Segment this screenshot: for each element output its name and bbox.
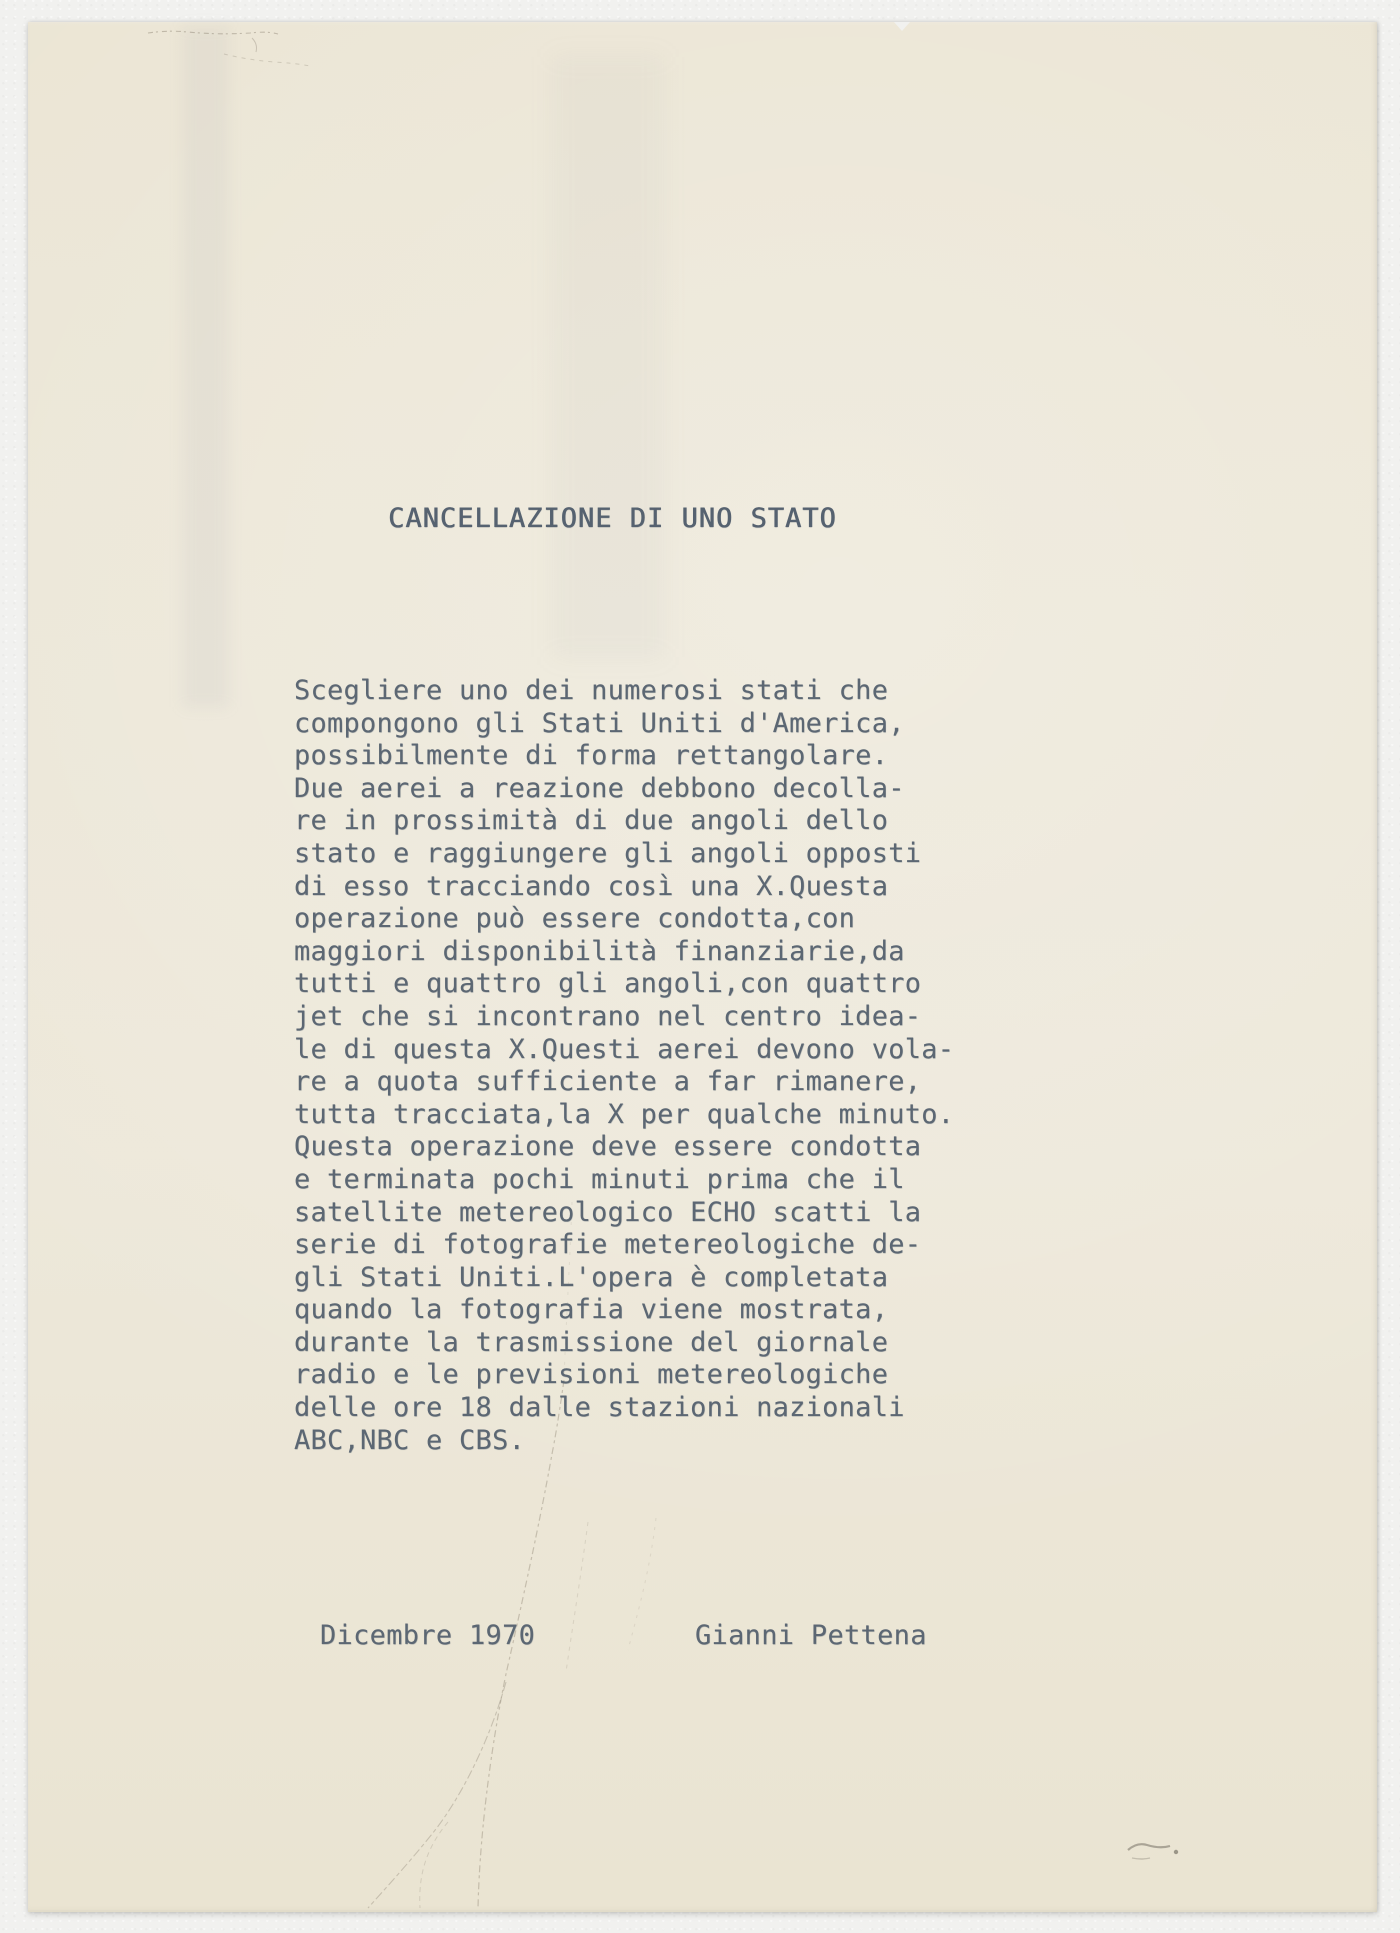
crease-line — [368, 1682, 506, 1908]
document-author: Gianni Pettena — [695, 1620, 927, 1653]
crease-line — [420, 1822, 448, 1908]
scan-background: CANCELLAZIONE DI UNO STATO Scegliere uno… — [0, 0, 1400, 1933]
paper-edge-notch — [894, 22, 910, 31]
crease-line — [628, 1518, 656, 1650]
smudge-mark — [1128, 1844, 1170, 1850]
scanner-tone-band — [183, 27, 228, 707]
smudge-dot — [1174, 1850, 1178, 1854]
document-title: CANCELLAZIONE DI UNO STATO — [388, 503, 837, 536]
crease-line — [566, 1522, 588, 1672]
smudge-mark — [1132, 1858, 1150, 1859]
document-body-text: Scegliere uno dei numerosi stati che com… — [294, 675, 994, 1457]
scratch-mark — [252, 38, 257, 52]
scratch-mark — [224, 54, 310, 66]
document-date: Dicembre 1970 — [320, 1620, 535, 1653]
paper-sheet: CANCELLAZIONE DI UNO STATO Scegliere uno… — [28, 22, 1377, 1912]
scanner-tone-band — [553, 57, 663, 657]
